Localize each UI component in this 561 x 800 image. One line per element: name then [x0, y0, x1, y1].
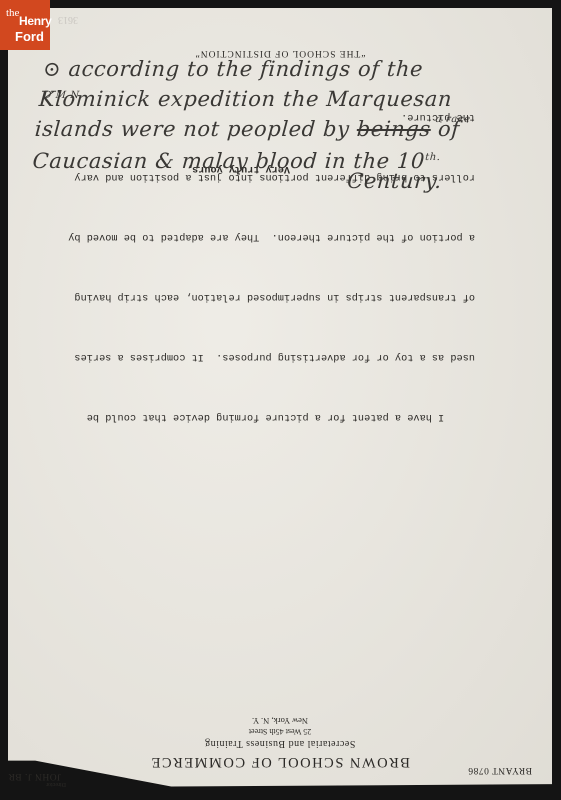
- note-line-3: islands were not peopled by beings of: [34, 116, 461, 143]
- school-city: New York, N. Y.: [8, 716, 552, 726]
- note-line-4-sup: th.: [425, 152, 441, 163]
- logo-henry: Henry: [19, 15, 52, 27]
- body-line: of transparent strips in superimposed re…: [55, 286, 475, 306]
- note-line-2: Klominick expedition the Marquesan: [38, 86, 453, 113]
- school-address: 25 West 45th Street: [8, 727, 552, 736]
- note-line-1: ⊙ according to the findings of the: [42, 56, 424, 83]
- archive-logo: the Henry Ford: [0, 0, 50, 50]
- director-name: JOHN J. BR: [8, 771, 66, 781]
- logo-ford: Ford: [15, 30, 44, 43]
- body-line: I have a patent for a picture forming de…: [55, 406, 475, 426]
- body-line: a portion of the picture thereon. They a…: [55, 226, 475, 246]
- note-line-3-end: of: [430, 117, 461, 141]
- school-name: BROWN SCHOOL OF COMMERCE: [8, 753, 552, 770]
- note-line-5: Century.: [346, 168, 442, 195]
- director-title: Director: [46, 781, 66, 787]
- body-line: used as a toy or for advertising purpose…: [55, 346, 475, 366]
- note-line-3-start: islands were not peopled by: [34, 117, 358, 141]
- paragraph-2: The device is simple and fairly cheap to…: [55, 0, 475, 6]
- note-struck-word: beings: [356, 117, 432, 141]
- logo-the: the: [6, 8, 19, 19]
- letterhead-center: BROWN SCHOOL OF COMMERCE Secretarial and…: [8, 716, 552, 770]
- school-subtitle: Secretarial and Business Training: [8, 738, 552, 749]
